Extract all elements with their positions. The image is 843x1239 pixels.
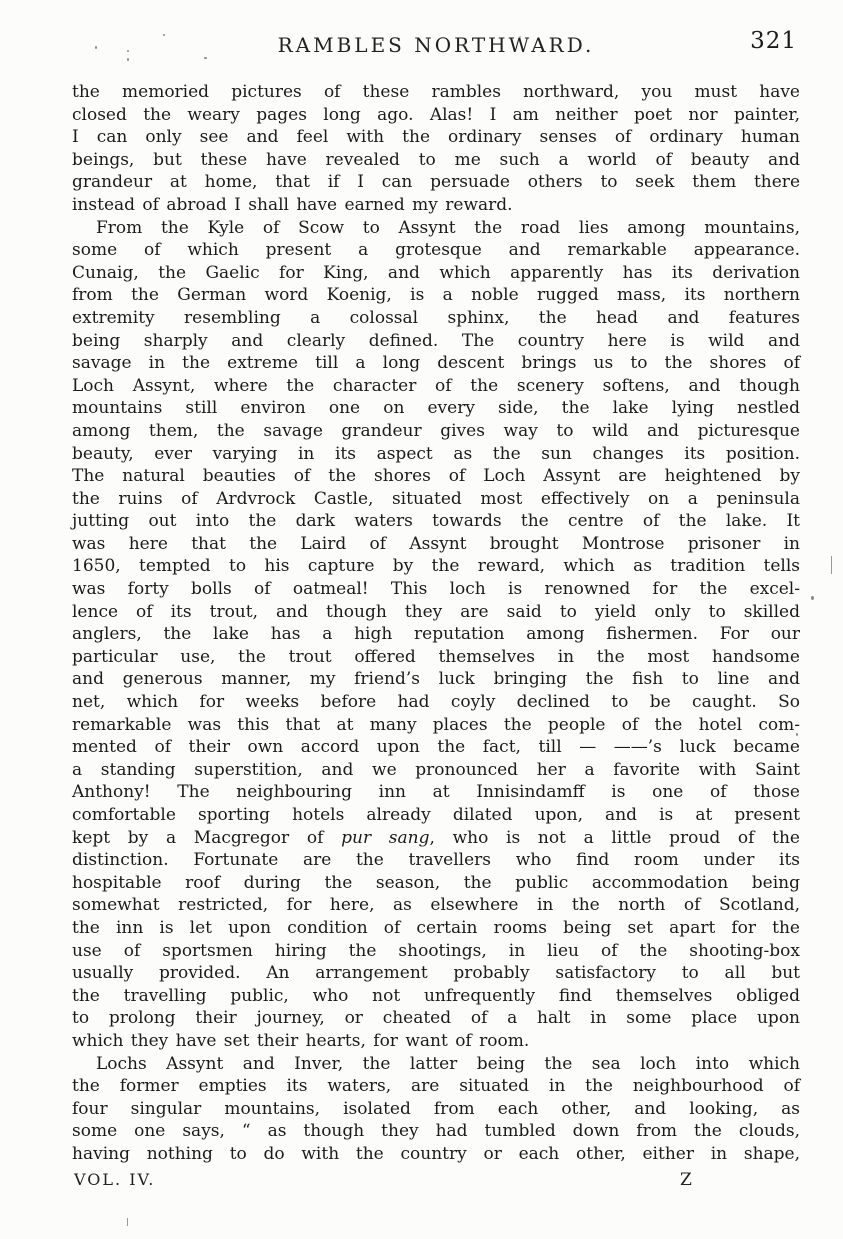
text-line: anglers, the lake has a high reputation … [72,623,800,646]
text-line: net, which for weeks before had coyly de… [72,691,800,714]
text-line: instead of abroad I shall have earned my… [72,194,800,217]
text-line: remarkable was this that at many places … [72,714,800,737]
text-line: Cunaig, the Gaelic for King, and which a… [72,262,800,285]
text-line: From the Kyle of Scow to Assynt the road… [72,217,800,240]
text-line: kept by a Macgregor of pur sang, who is … [72,827,800,850]
text-line: Lochs Assynt and Inver, the latter being… [72,1053,800,1076]
text-line: some of which present a grotesque and re… [72,239,800,262]
running-head-title: RAMBLES NORTHWARD. [72,33,800,57]
text-line: savage in the extreme till a long descen… [72,352,800,375]
text-line: a standing superstition, and we pronounc… [72,759,800,782]
text-line: distinction. Fortunate are the traveller… [72,849,800,872]
page-body: the memoried pictures of these rambles n… [72,81,800,1166]
text-line: I can only see and feel with the ordinar… [72,126,800,149]
paragraph: From the Kyle of Scow to Assynt the road… [72,217,800,1053]
paragraph: Lochs Assynt and Inver, the latter being… [72,1053,800,1166]
text-line: lence of its trout, and though they are … [72,601,800,624]
text-line: particular use, the trout offered themse… [72,646,800,669]
text-line: somewhat restricted, for here, as elsewh… [72,894,800,917]
text-line: hospitable roof during the season, the p… [72,872,800,895]
text-line: mountains still environ one on every sid… [72,397,800,420]
printer-signature-mark: Z [680,1170,692,1190]
text-line: the former empties its waters, are situa… [72,1075,800,1098]
scan-artifact [127,58,129,61]
scan-artifact [519,36,521,38]
text-line: the inn is let upon condition of certain… [72,917,800,940]
text-line: and generous manner, my friend’s luck br… [72,668,800,691]
text-line: which they have set their hearts, for wa… [72,1030,800,1053]
scan-artifact [831,556,832,574]
text-line: comfortable sporting hotels already dila… [72,804,800,827]
text-line: among them, the savage grandeur gives wa… [72,420,800,443]
text-line: mented of their own accord upon the fact… [72,736,800,759]
text-line: grandeur at home, that if I can persuade… [72,171,800,194]
scan-artifact [163,34,165,36]
scanned-book-page: RAMBLES NORTHWARD. 321 the memoried pict… [0,0,843,1239]
volume-label: VOL. IV. [74,1170,155,1189]
text-line: closed the weary pages long ago. Alas! I… [72,104,800,127]
page-footer: VOL. IV. Z [72,1170,800,1194]
text-line: beings, but these have revealed to me su… [72,149,800,172]
text-line: usually provided. An arrangement probabl… [72,962,800,985]
text-line: Anthony! The neighbouring inn at Innisin… [72,781,800,804]
text-line: 1650, tempted to his capture by the rewa… [72,555,800,578]
text-line: extremity resembling a colossal sphinx, … [72,307,800,330]
text-line: beauty, ever varying in its aspect as th… [72,443,800,466]
scan-artifact [796,733,798,736]
text-line: having nothing to do with the country or… [72,1143,800,1166]
text-line: the ruins of Ardvrock Castle, situated m… [72,488,800,511]
text-line: was forty bolls of oatmeal! This loch is… [72,578,800,601]
scan-artifact [127,1218,128,1226]
text-line: some one says, “ as though they had tumb… [72,1120,800,1143]
text-line: was here that the Laird of Assynt brough… [72,533,800,556]
text-line: jutting out into the dark waters towards… [72,510,800,533]
page-number: 321 [750,28,797,54]
text-line: Loch Assynt, where the character of the … [72,375,800,398]
text-line: use of sportsmen hiring the shootings, i… [72,940,800,963]
text-line: the memoried pictures of these rambles n… [72,81,800,104]
text-line: being sharply and clearly defined. The c… [72,330,800,353]
text-line: The natural beauties of the shores of Lo… [72,465,800,488]
scan-artifact [204,57,207,59]
scan-artifact [95,46,97,49]
text-line: to prolong their journey, or cheated of … [72,1007,800,1030]
text-line: from the German word Koenig, is a noble … [72,284,800,307]
scan-artifact [811,596,814,600]
scan-artifact [127,50,129,52]
paragraph: the memoried pictures of these rambles n… [72,81,800,217]
text-line: the travelling public, who not unfrequen… [72,985,800,1008]
text-line: four singular mountains, isolated from e… [72,1098,800,1121]
